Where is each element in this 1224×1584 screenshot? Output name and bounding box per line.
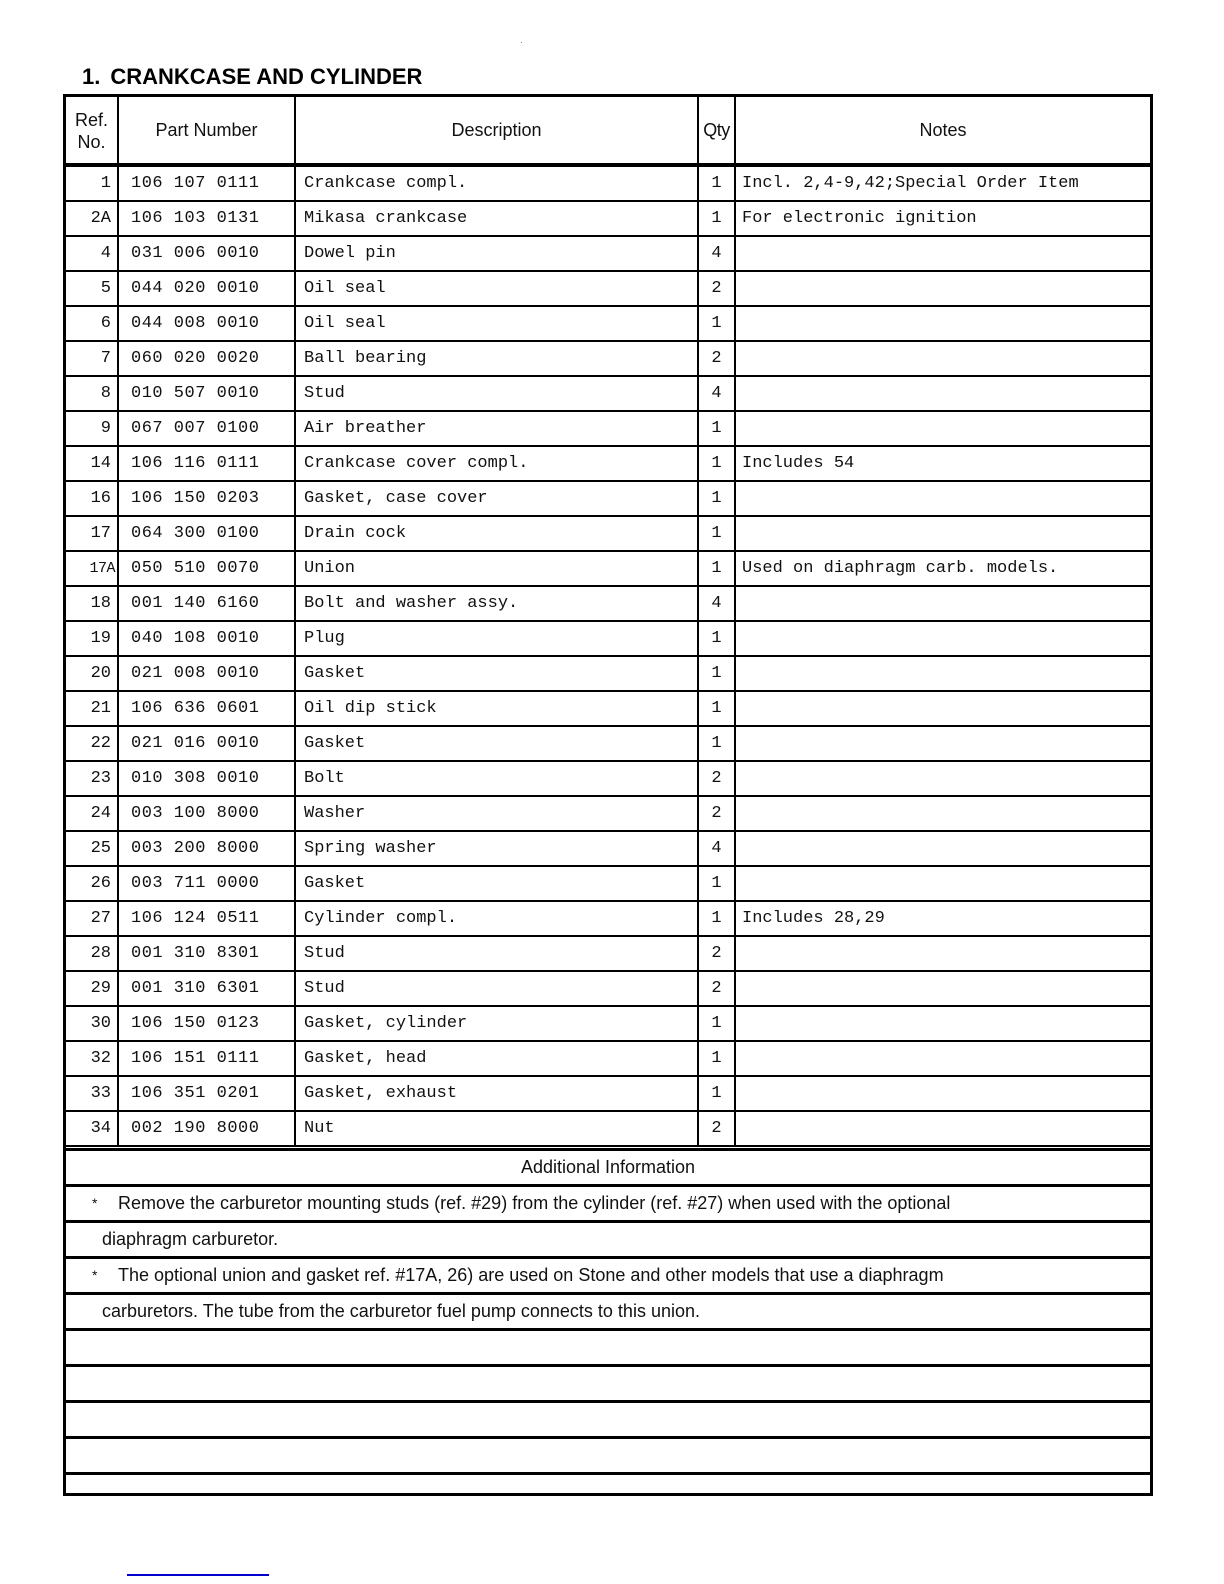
cell-part-number: 001 310 6301 — [118, 971, 295, 1006]
cell-notes — [735, 271, 1150, 306]
cell-description: Spring washer — [295, 831, 698, 866]
cell-description: Air breather — [295, 411, 698, 446]
cell-description: Stud — [295, 376, 698, 411]
cell-description: Cylinder compl. — [295, 901, 698, 936]
cell-ref-no: 19 — [66, 621, 118, 656]
parts-table: Ref. No. Part Number Description Qty Not… — [66, 97, 1150, 1147]
cell-part-number: 060 020 0020 — [118, 341, 295, 376]
header-ref-no: Ref. No. — [66, 97, 118, 165]
cell-ref-no: 26 — [66, 866, 118, 901]
table-row: 26003 711 0000Gasket1 — [66, 866, 1150, 901]
scan-speck — [521, 42, 522, 43]
cell-part-number: 010 507 0010 — [118, 376, 295, 411]
cell-description: Drain cock — [295, 516, 698, 551]
cell-ref-no: 17 — [66, 516, 118, 551]
table-header-row: Ref. No. Part Number Description Qty Not… — [66, 97, 1150, 165]
cell-qty: 2 — [698, 1111, 735, 1146]
cell-part-number: 003 100 8000 — [118, 796, 295, 831]
cell-qty: 2 — [698, 761, 735, 796]
cell-qty: 1 — [698, 691, 735, 726]
cell-description: Gasket, head — [295, 1041, 698, 1076]
info-line: diaphragm carburetor. — [66, 1220, 1150, 1256]
cell-ref-no: 7 — [66, 341, 118, 376]
cell-ref-no: 21 — [66, 691, 118, 726]
cell-part-number: 010 308 0010 — [118, 761, 295, 796]
cell-qty: 4 — [698, 586, 735, 621]
cell-part-number: 106 103 0131 — [118, 201, 295, 236]
parts-table-body: 1106 107 0111Crankcase compl.1Incl. 2,4-… — [66, 165, 1150, 1146]
cell-ref-no: 27 — [66, 901, 118, 936]
cell-ref-no: 30 — [66, 1006, 118, 1041]
cell-notes: For electronic ignition — [735, 201, 1150, 236]
cell-description: Gasket — [295, 726, 698, 761]
cell-notes — [735, 341, 1150, 376]
cell-qty: 1 — [698, 901, 735, 936]
info-line-text: The optional union and gasket ref. #17A,… — [118, 1265, 944, 1285]
cell-qty: 1 — [698, 726, 735, 761]
info-blank-line — [66, 1364, 1150, 1400]
cell-ref-no: 20 — [66, 656, 118, 691]
cell-part-number: 003 711 0000 — [118, 866, 295, 901]
table-row: 22021 016 0010Gasket1 — [66, 726, 1150, 761]
cell-ref-no: 32 — [66, 1041, 118, 1076]
cell-description: Gasket — [295, 866, 698, 901]
cell-part-number: 031 006 0010 — [118, 236, 295, 271]
cell-ref-no: 14 — [66, 446, 118, 481]
table-row: 16106 150 0203Gasket, case cover1 — [66, 481, 1150, 516]
cell-part-number: 050 510 0070 — [118, 551, 295, 586]
cell-part-number: 106 351 0201 — [118, 1076, 295, 1111]
cell-qty: 1 — [698, 516, 735, 551]
info-line-text: diaphragm carburetor. — [102, 1229, 278, 1249]
cell-qty: 1 — [698, 551, 735, 586]
cell-qty: 1 — [698, 481, 735, 516]
cell-notes: Includes 54 — [735, 446, 1150, 481]
table-row: 28001 310 8301Stud2 — [66, 936, 1150, 971]
cell-notes — [735, 831, 1150, 866]
cell-qty: 1 — [698, 306, 735, 341]
cell-ref-no: 17A — [66, 551, 118, 586]
cell-qty: 1 — [698, 656, 735, 691]
cell-notes — [735, 376, 1150, 411]
additional-information: Additional Information *Remove the carbu… — [66, 1148, 1150, 1508]
cell-notes: Used on diaphragm carb. models. — [735, 551, 1150, 586]
cell-qty: 1 — [698, 165, 735, 201]
cell-qty: 1 — [698, 866, 735, 901]
cell-qty: 1 — [698, 1041, 735, 1076]
cell-notes: Includes 28,29 — [735, 901, 1150, 936]
cell-qty: 2 — [698, 936, 735, 971]
cell-description: Washer — [295, 796, 698, 831]
cell-part-number: 021 008 0010 — [118, 656, 295, 691]
table-row: 32106 151 0111Gasket, head1 — [66, 1041, 1150, 1076]
cell-description: Nut — [295, 1111, 698, 1146]
table-row: 5044 020 0010Oil seal2 — [66, 271, 1150, 306]
table-row: 9067 007 0100Air breather1 — [66, 411, 1150, 446]
cell-part-number: 106 107 0111 — [118, 165, 295, 201]
cell-notes — [735, 1041, 1150, 1076]
cell-notes — [735, 411, 1150, 446]
cell-part-number: 001 140 6160 — [118, 586, 295, 621]
cell-description: Gasket, cylinder — [295, 1006, 698, 1041]
cell-notes — [735, 691, 1150, 726]
cell-ref-no: 22 — [66, 726, 118, 761]
cell-notes — [735, 936, 1150, 971]
section-title: 1.CRANKCASE AND CYLINDER — [82, 64, 422, 90]
cell-ref-no: 4 — [66, 236, 118, 271]
bullet-asterisk: * — [92, 1259, 118, 1292]
header-description: Description — [295, 97, 698, 165]
cell-notes: Incl. 2,4-9,42;Special Order Item — [735, 165, 1150, 201]
header-notes: Notes — [735, 97, 1150, 165]
table-row: 17A050 510 0070Union1Used on diaphragm c… — [66, 551, 1150, 586]
info-blank-line — [66, 1436, 1150, 1472]
cell-qty: 1 — [698, 446, 735, 481]
cell-description: Ball bearing — [295, 341, 698, 376]
cell-description: Crankcase compl. — [295, 165, 698, 201]
table-row: 20021 008 0010Gasket1 — [66, 656, 1150, 691]
table-row: 14106 116 0111Crankcase cover compl.1Inc… — [66, 446, 1150, 481]
cell-qty: 4 — [698, 831, 735, 866]
table-row: 6044 008 0010Oil seal1 — [66, 306, 1150, 341]
table-row: 34002 190 8000Nut2 — [66, 1111, 1150, 1146]
table-row: 4031 006 0010Dowel pin4 — [66, 236, 1150, 271]
table-row: 29001 310 6301Stud2 — [66, 971, 1150, 1006]
cell-qty: 2 — [698, 796, 735, 831]
table-row: 8010 507 0010Stud4 — [66, 376, 1150, 411]
section-title-text: CRANKCASE AND CYLINDER — [110, 64, 422, 89]
cell-qty: 2 — [698, 971, 735, 1006]
additional-info-heading: Additional Information — [66, 1148, 1150, 1184]
cell-notes — [735, 971, 1150, 1006]
cell-notes — [735, 621, 1150, 656]
table-row: 21106 636 0601Oil dip stick1 — [66, 691, 1150, 726]
cell-notes — [735, 726, 1150, 761]
cell-part-number: 064 300 0100 — [118, 516, 295, 551]
bullet-asterisk: * — [92, 1187, 118, 1220]
info-blank-line — [66, 1400, 1150, 1436]
cell-part-number: 106 150 0203 — [118, 481, 295, 516]
info-blank-line — [66, 1328, 1150, 1364]
cell-notes — [735, 761, 1150, 796]
cell-notes — [735, 1076, 1150, 1111]
cell-notes — [735, 1006, 1150, 1041]
table-row: 1106 107 0111Crankcase compl.1Incl. 2,4-… — [66, 165, 1150, 201]
table-row: 18001 140 6160Bolt and washer assy.4 — [66, 586, 1150, 621]
cell-part-number: 021 016 0010 — [118, 726, 295, 761]
cell-qty: 1 — [698, 1076, 735, 1111]
cell-notes — [735, 866, 1150, 901]
table-row: 23010 308 0010Bolt2 — [66, 761, 1150, 796]
parts-sheet: Ref. No. Part Number Description Qty Not… — [63, 94, 1153, 1496]
section-number: 1. — [82, 64, 100, 89]
cell-part-number: 001 310 8301 — [118, 936, 295, 971]
cell-qty: 1 — [698, 411, 735, 446]
cell-ref-no: 24 — [66, 796, 118, 831]
table-row: 27106 124 0511Cylinder compl.1Includes 2… — [66, 901, 1150, 936]
info-blank-line — [66, 1472, 1150, 1508]
cell-ref-no: 33 — [66, 1076, 118, 1111]
cell-part-number: 003 200 8000 — [118, 831, 295, 866]
cell-qty: 2 — [698, 341, 735, 376]
cell-qty: 1 — [698, 1006, 735, 1041]
table-row: 7060 020 0020Ball bearing2 — [66, 341, 1150, 376]
cell-part-number: 106 151 0111 — [118, 1041, 295, 1076]
cell-part-number: 040 108 0010 — [118, 621, 295, 656]
cell-ref-no: 9 — [66, 411, 118, 446]
cell-ref-no: 29 — [66, 971, 118, 1006]
info-line-text: Remove the carburetor mounting studs (re… — [118, 1193, 950, 1213]
cell-description: Oil seal — [295, 306, 698, 341]
cell-part-number: 106 116 0111 — [118, 446, 295, 481]
cell-notes — [735, 1111, 1150, 1146]
cell-notes — [735, 586, 1150, 621]
cell-description: Stud — [295, 971, 698, 1006]
info-line-text: carburetors. The tube from the carbureto… — [102, 1301, 700, 1321]
cell-part-number: 002 190 8000 — [118, 1111, 295, 1146]
cell-qty: 1 — [698, 621, 735, 656]
cell-description: Oil dip stick — [295, 691, 698, 726]
cell-notes — [735, 796, 1150, 831]
cell-ref-no: 28 — [66, 936, 118, 971]
cell-part-number: 106 124 0511 — [118, 901, 295, 936]
cell-ref-no: 8 — [66, 376, 118, 411]
cell-description: Crankcase cover compl. — [295, 446, 698, 481]
table-row: 33106 351 0201Gasket, exhaust1 — [66, 1076, 1150, 1111]
cell-ref-no: 6 — [66, 306, 118, 341]
cell-part-number: 106 150 0123 — [118, 1006, 295, 1041]
cell-description: Bolt — [295, 761, 698, 796]
header-ref-line1: Ref. — [66, 109, 117, 131]
cell-description: Dowel pin — [295, 236, 698, 271]
cell-part-number: 067 007 0100 — [118, 411, 295, 446]
table-row: 17064 300 0100Drain cock1 — [66, 516, 1150, 551]
table-row: 25003 200 8000Spring washer4 — [66, 831, 1150, 866]
cell-qty: 2 — [698, 271, 735, 306]
info-line: *The optional union and gasket ref. #17A… — [66, 1256, 1150, 1292]
cell-ref-no: 25 — [66, 831, 118, 866]
header-qty: Qty — [698, 97, 735, 165]
cell-part-number: 106 636 0601 — [118, 691, 295, 726]
cell-notes — [735, 236, 1150, 271]
cell-part-number: 044 020 0010 — [118, 271, 295, 306]
header-ref-line2: No. — [66, 131, 117, 153]
cell-qty: 4 — [698, 376, 735, 411]
table-row: 24003 100 8000Washer2 — [66, 796, 1150, 831]
cell-notes — [735, 516, 1150, 551]
cell-ref-no: 16 — [66, 481, 118, 516]
cell-description: Plug — [295, 621, 698, 656]
table-row: 2A106 103 0131Mikasa crankcase1For elect… — [66, 201, 1150, 236]
cell-notes — [735, 306, 1150, 341]
cell-description: Oil seal — [295, 271, 698, 306]
cell-description: Bolt and washer assy. — [295, 586, 698, 621]
cell-description: Gasket, case cover — [295, 481, 698, 516]
cell-description: Mikasa crankcase — [295, 201, 698, 236]
cell-qty: 4 — [698, 236, 735, 271]
cell-ref-no: 5 — [66, 271, 118, 306]
cell-ref-no: 34 — [66, 1111, 118, 1146]
table-row: 19040 108 0010Plug1 — [66, 621, 1150, 656]
cell-description: Gasket — [295, 656, 698, 691]
cell-ref-no: 2A — [66, 201, 118, 236]
cell-ref-no: 1 — [66, 165, 118, 201]
cell-notes — [735, 656, 1150, 691]
cell-description: Union — [295, 551, 698, 586]
cell-part-number: 044 008 0010 — [118, 306, 295, 341]
header-part-number: Part Number — [118, 97, 295, 165]
cell-qty: 1 — [698, 201, 735, 236]
cell-description: Gasket, exhaust — [295, 1076, 698, 1111]
cell-ref-no: 23 — [66, 761, 118, 796]
info-line: carburetors. The tube from the carbureto… — [66, 1292, 1150, 1328]
table-row: 30106 150 0123Gasket, cylinder1 — [66, 1006, 1150, 1041]
info-line: *Remove the carburetor mounting studs (r… — [66, 1184, 1150, 1220]
cell-description: Stud — [295, 936, 698, 971]
footer-rule — [127, 1574, 269, 1576]
cell-notes — [735, 481, 1150, 516]
cell-ref-no: 18 — [66, 586, 118, 621]
